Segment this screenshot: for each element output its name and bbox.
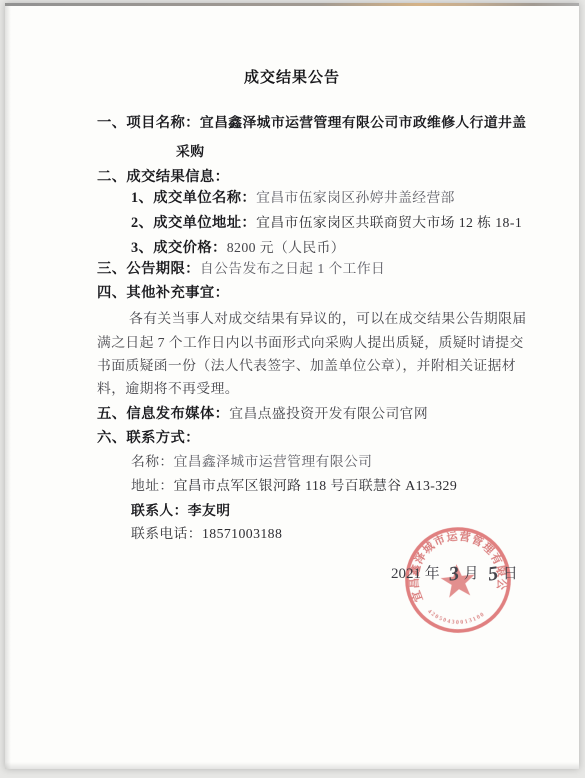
contact-person-value: 李友明 [188,503,231,518]
scanned-document-page: 成交结果公告 一、项目名称：宜昌鑫泽城市运营管理有限公司市政维修人行道井盖 采购… [5,3,579,769]
scan-edge-shadow-bottom [5,762,579,769]
document-title: 成交结果公告 [5,66,579,87]
scan-edge-artifact [5,3,579,6]
contact-phone-row: 联系电话：18571003188 [131,522,282,542]
winner-name-value: 宜昌市伍家岗区孙婷井盖经营部 [256,190,455,205]
project-name-line2: 采购 [176,140,204,160]
date-month-digit-handwritten: 3 [447,562,460,586]
date-month-label: 月 [464,566,479,582]
contact-person-row: 联系人：李友明 [131,499,230,519]
contact-person-label: 联系人： [131,503,188,518]
winner-address-value: 宜昌市伍家岗区共联商贸大市场 12 栋 18-1 [256,215,522,230]
deal-price-value: 8200 元（人民币） [227,240,345,255]
supplement-paragraph-line1: 各有关当事人对成交结果有异议的，可以在成交结果公告期限届 [129,307,527,327]
winner-name-row: 1、成交单位名称：宜昌市伍家岗区孙婷井盖经营部 [131,186,455,207]
winner-name-label: 1、成交单位名称： [131,190,256,206]
section-4-heading: 四、其他补充事宜： [97,282,229,302]
announcement-period-value: 自公告发布之日起 1 个工作日 [200,261,385,276]
section-1-label: 一、项目名称： [97,115,200,131]
winner-address-label: 2、成交单位地址： [131,215,256,231]
supplement-paragraph-line4: 料，逾期将不再受理。 [97,377,239,397]
contact-phone-label: 联系电话： [131,526,202,541]
winner-address-row: 2、成交单位地址：宜昌市伍家岗区共联商贸大市场 12 栋 18-1 [131,211,522,232]
section-5-label: 五、信息发布媒体： [97,406,229,422]
date-day-label: 日 [503,566,518,582]
supplement-paragraph-line2: 满之日起 7 个工作日内以书面形式向采购人提出质疑，质疑时请提交 [97,331,524,351]
supplement-paragraph-line3: 书面质疑函一份（法人代表签字、加盖单位公章），并附相关证据材 [97,354,516,374]
contact-name-value: 宜昌鑫泽城市运营管理有限公司 [174,454,373,469]
section-1-project-name: 一、项目名称：宜昌鑫泽城市运营管理有限公司市政维修人行道井盖 [97,111,526,132]
contact-phone-value: 18571003188 [202,526,282,541]
section-6-heading: 六、联系方式： [97,427,200,447]
deal-price-row: 3、成交价格：8200 元（人民币） [131,236,345,257]
section-5-publish-media: 五、信息发布媒体：宜昌点盛投资开发有限公司官网 [97,402,428,423]
signature-date: 2021 年3月5日 [391,562,518,586]
contact-address-value: 宜昌市点军区银河路 118 号百联慧谷 A13-329 [174,478,458,493]
contact-name-label: 名称： [131,454,174,469]
scan-edge-shadow-left [5,3,11,769]
section-3-label: 三、公告期限： [97,261,200,277]
section-3-announcement-period: 三、公告期限：自公告发布之日起 1 个工作日 [97,257,385,278]
date-day-digit-handwritten: 5 [486,562,499,586]
contact-address-row: 地址：宜昌市点军区银河路 118 号百联慧谷 A13-329 [131,474,457,494]
date-year-part: 2021 年 [391,566,440,582]
deal-price-label: 3、成交价格： [131,240,227,256]
contact-name-row: 名称：宜昌鑫泽城市运营管理有限公司 [131,450,372,470]
contact-address-label: 地址： [131,478,174,493]
publish-media-value: 宜昌点盛投资开发有限公司官网 [229,406,428,421]
project-name-line1: 宜昌鑫泽城市运营管理有限公司市政维修人行道井盖 [200,115,527,130]
section-2-heading: 二、成交结果信息： [97,166,229,186]
